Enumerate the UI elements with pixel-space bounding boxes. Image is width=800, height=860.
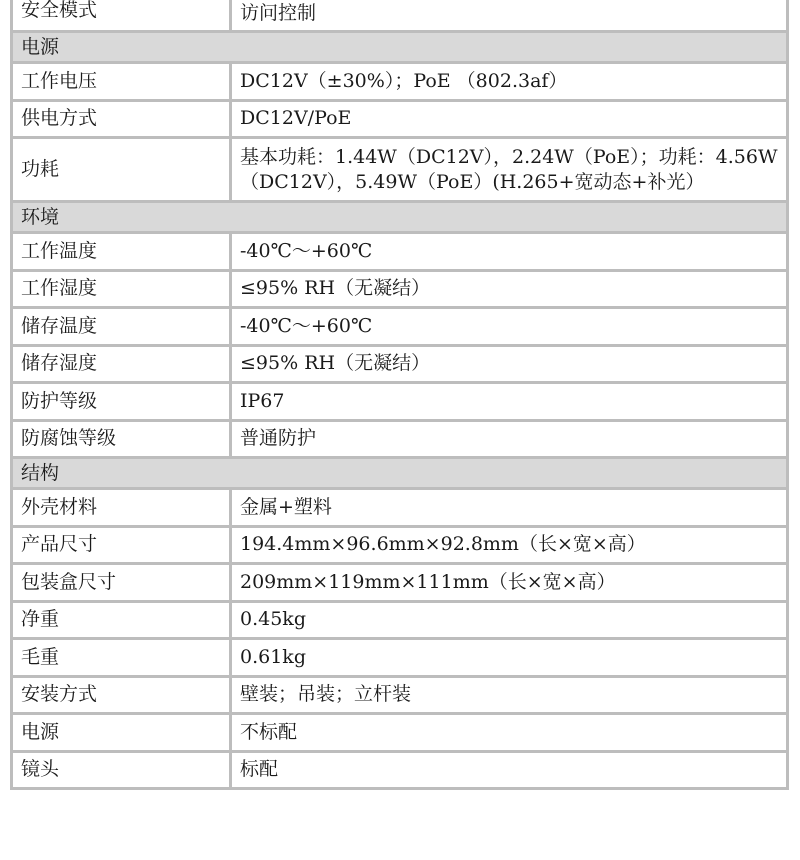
spec-value: 普通防护 — [231, 420, 788, 458]
spec-value: 0.45kg — [231, 601, 788, 639]
spec-label: 安装方式 — [12, 676, 231, 714]
spec-label: 安全模式 — [12, 0, 231, 32]
table-row: 供电方式 DC12V/PoE — [12, 100, 788, 138]
table-row: 安全模式 访问控制 — [12, 0, 788, 32]
spec-value: -40℃～+60℃ — [231, 233, 788, 271]
table-row: 外壳材料 金属+塑料 — [12, 489, 788, 527]
spec-label: 储存温度 — [12, 308, 231, 346]
table-row: 工作温度 -40℃～+60℃ — [12, 233, 788, 271]
table-row: 包装盒尺寸 209mm×119mm×111mm（长×宽×高） — [12, 564, 788, 602]
spec-value: 金属+塑料 — [231, 489, 788, 527]
spec-label: 防护等级 — [12, 383, 231, 421]
table-row: 毛重 0.61kg — [12, 639, 788, 677]
table-row: 功耗 基本功耗：1.44W（DC12V），2.24W（PoE）；功耗：4.56W… — [12, 138, 788, 202]
spec-label: 工作电压 — [12, 63, 231, 101]
section-title: 电源 — [12, 32, 788, 63]
spec-label: 工作温度 — [12, 233, 231, 271]
spec-value: 标配 — [231, 751, 788, 789]
spec-label: 毛重 — [12, 639, 231, 677]
spec-value: -40℃～+60℃ — [231, 308, 788, 346]
spec-value: DC12V/PoE — [231, 100, 788, 138]
table-row: 储存湿度 ≤95% RH（无凝结） — [12, 345, 788, 383]
spec-value: 访问控制 — [231, 0, 788, 32]
table-row: 安装方式 壁装；吊装；立杆装 — [12, 676, 788, 714]
table-row: 产品尺寸 194.4mm×96.6mm×92.8mm（长×宽×高） — [12, 526, 788, 564]
spec-value: 194.4mm×96.6mm×92.8mm（长×宽×高） — [231, 526, 788, 564]
spec-label: 工作湿度 — [12, 270, 231, 308]
section-header-environment: 环境 — [12, 202, 788, 233]
spec-value: 209mm×119mm×111mm（长×宽×高） — [231, 564, 788, 602]
spec-value: 不标配 — [231, 714, 788, 752]
spec-label: 镜头 — [12, 751, 231, 789]
section-title: 结构 — [12, 458, 788, 489]
spec-value: ≤95% RH（无凝结） — [231, 270, 788, 308]
table-row: 电源 不标配 — [12, 714, 788, 752]
section-title: 环境 — [12, 202, 788, 233]
table-row: 工作湿度 ≤95% RH（无凝结） — [12, 270, 788, 308]
spec-value: DC12V（±30%）；PoE （802.3af） — [231, 63, 788, 101]
spec-label: 产品尺寸 — [12, 526, 231, 564]
spec-label: 供电方式 — [12, 100, 231, 138]
spec-value: 基本功耗：1.44W（DC12V），2.24W（PoE）；功耗：4.56W（DC… — [231, 138, 788, 202]
table-row: 净重 0.45kg — [12, 601, 788, 639]
spec-value: ≤95% RH（无凝结） — [231, 345, 788, 383]
table-row: 储存温度 -40℃～+60℃ — [12, 308, 788, 346]
table-row: 防护等级 IP67 — [12, 383, 788, 421]
spec-label: 包装盒尺寸 — [12, 564, 231, 602]
spec-label: 电源 — [12, 714, 231, 752]
spec-label: 净重 — [12, 601, 231, 639]
spec-table: 安全模式 访问控制 电源 工作电压 DC12V（±30%）；PoE （802.3… — [10, 0, 789, 790]
table-row: 防腐蚀等级 普通防护 — [12, 420, 788, 458]
section-header-structure: 结构 — [12, 458, 788, 489]
section-header-power: 电源 — [12, 32, 788, 63]
spec-value: IP67 — [231, 383, 788, 421]
spec-label: 外壳材料 — [12, 489, 231, 527]
spec-value: 0.61kg — [231, 639, 788, 677]
spec-label: 防腐蚀等级 — [12, 420, 231, 458]
spec-label: 储存湿度 — [12, 345, 231, 383]
spec-label: 功耗 — [12, 138, 231, 202]
spec-value: 壁装；吊装；立杆装 — [231, 676, 788, 714]
table-row: 镜头 标配 — [12, 751, 788, 789]
table-row: 工作电压 DC12V（±30%）；PoE （802.3af） — [12, 63, 788, 101]
